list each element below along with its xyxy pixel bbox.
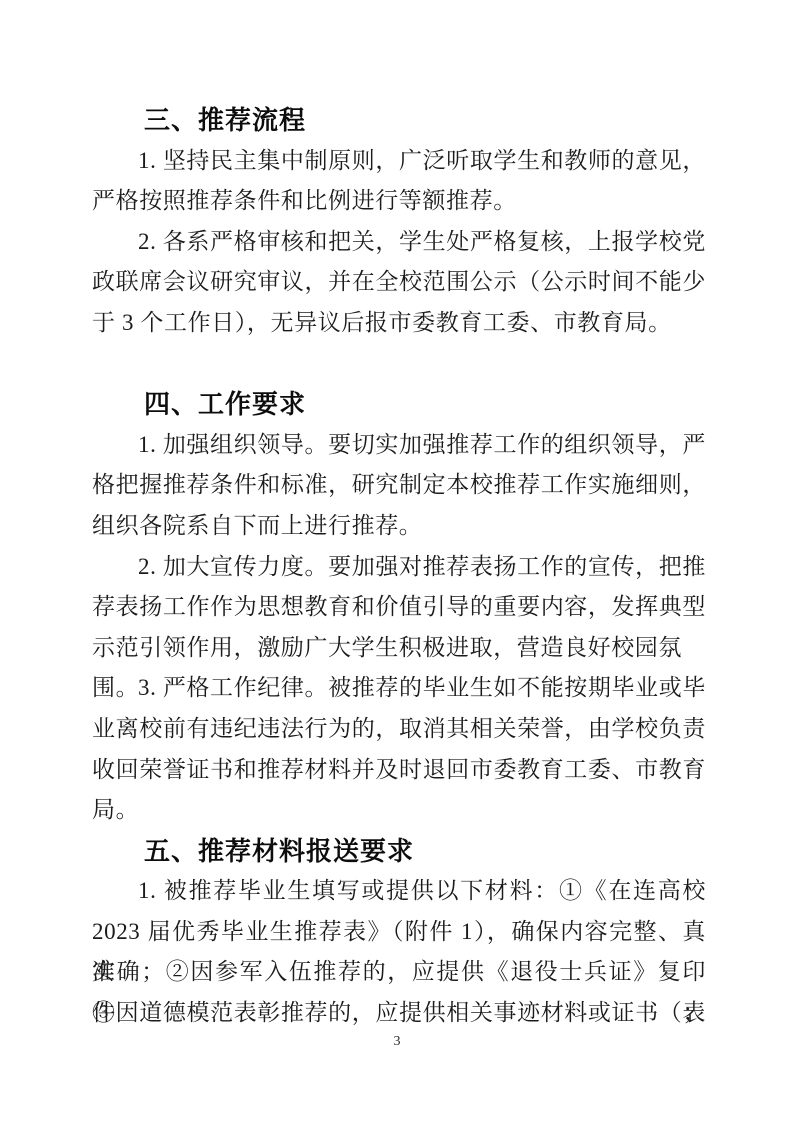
blank-line	[92, 344, 706, 385]
text-line: 局。	[92, 790, 706, 831]
text-line: 荐表扬工作作为思想教育和价值引导的重要内容，发挥典型	[92, 587, 706, 628]
section-heading: 四、工作要求	[92, 384, 706, 425]
text-line: 1. 坚持民主集中制原则，广泛听取学生和教师的意见，	[92, 141, 706, 182]
document-body: 三、推荐流程1. 坚持民主集中制原则，广泛听取学生和教师的意见，严格按照推荐条件…	[92, 100, 706, 1034]
document-page: 三、推荐流程1. 坚持民主集中制原则，广泛听取学生和教师的意见，严格按照推荐条件…	[0, 0, 794, 1123]
text-line: 格把握推荐条件和标准，研究制定本校推荐工作实施细则，	[92, 465, 706, 506]
text-line: 示范引领作用，激励广大学生积极进取，营造良好校园氛围。	[92, 628, 706, 669]
text-line: 收回荣誉证书和推荐材料并及时退回市委教育工委、市教育	[92, 750, 706, 791]
text-line: 政联席会议研究审议，并在全校范围公示（公示时间不能少	[92, 262, 706, 303]
text-line: 3. 严格工作纪律。被推荐的毕业生如不能按期毕业或毕	[92, 668, 706, 709]
section-heading: 三、推荐流程	[92, 100, 706, 141]
page-number: 3	[0, 1034, 794, 1050]
text-line: 2. 各系严格审核和把关，学生处严格复核，上报学校党	[92, 222, 706, 263]
text-line: 严格按照推荐条件和比例进行等额推荐。	[92, 181, 706, 222]
text-line: 1. 被推荐毕业生填写或提供以下材料：①《在连高校	[92, 871, 706, 912]
text-line: ③因道德模范表彰推荐的，应提供相关事迹材料或证书（表	[92, 993, 706, 1034]
text-line: 于 3 个工作日），无异议后报市委教育工委、市教育局。	[92, 303, 706, 344]
text-line: 1. 加强组织领导。要切实加强推荐工作的组织领导，严	[92, 425, 706, 466]
text-line: 组织各院系自下而上进行推荐。	[92, 506, 706, 547]
section-heading: 五、推荐材料报送要求	[92, 831, 706, 872]
text-line: 业离校前有违纪违法行为的，取消其相关荣誉，由学校负责	[92, 709, 706, 750]
text-line: 准确；②因参军入伍推荐的，应提供《退役士兵证》复印件；	[92, 952, 706, 993]
text-line: 2023 届优秀毕业生推荐表》（附件 1），确保内容完整、真实	[92, 912, 706, 953]
text-line: 2. 加大宣传力度。要加强对推荐表扬工作的宣传，把推	[92, 547, 706, 588]
